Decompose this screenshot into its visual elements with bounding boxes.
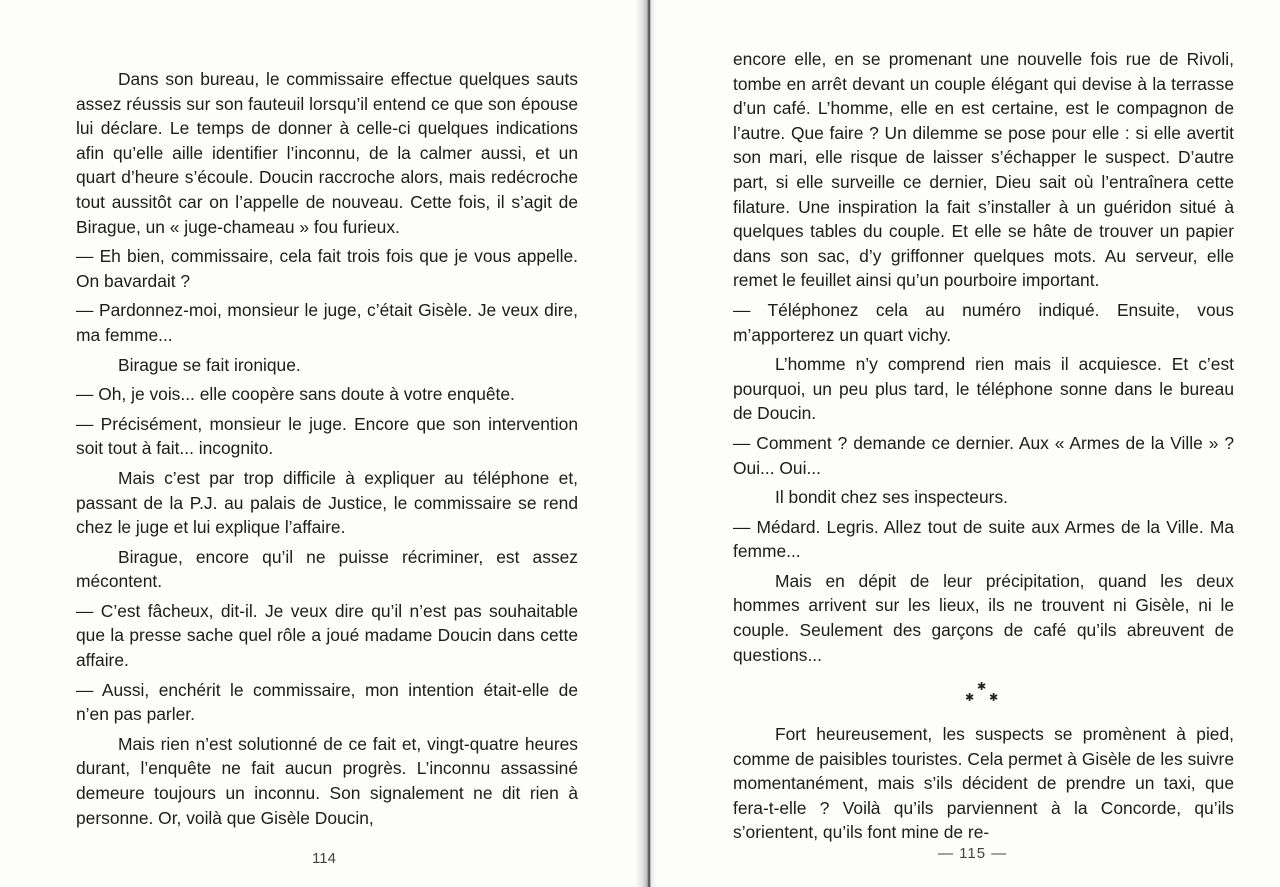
dialogue-line: — Oh, je vois... elle coopère sans doute… [76,382,578,407]
paragraph: Birague, encore qu’il ne puisse récrimin… [76,545,578,594]
dialogue-line: — Eh bien, commissaire, cela fait trois … [76,244,578,293]
asterisk-icon: ✱ [965,691,974,704]
right-page-text-after-break: Fort heureusement, les suspects se promè… [733,722,1234,845]
dialogue-line: — Téléphonez cela au numéro indiqué. Ens… [733,298,1234,347]
asterisk-icon: ✱ [989,691,998,704]
paragraph: L’homme n’y comprend rien mais il acquie… [733,352,1234,426]
paragraph: Mais rien n’est solutionné de ce fait et… [76,732,578,830]
paragraph: Birague se fait ironique. [76,353,578,378]
dialogue-line: — C’est fâcheux, dit-il. Je veux dire qu… [76,599,578,673]
page-number-right: — 115 — [938,845,1007,862]
section-break-asterism: ✱ ✱ ✱ [965,680,999,704]
left-page-text: Dans son bureau, le commissaire effectue… [76,67,578,830]
right-page-text: encore elle, en se promenant une nouvell… [733,47,1234,667]
asterisk-icon: ✱ [977,680,986,693]
paragraph: Mais en dépit de leur précipitation, qua… [733,569,1234,667]
page-number-left: 114 [312,850,336,867]
dialogue-line: — Comment ? demande ce dernier. Aux « Ar… [733,431,1234,480]
dialogue-line: — Aussi, enchérit le commissaire, mon in… [76,678,578,727]
paragraph: Fort heureusement, les suspects se promè… [733,722,1234,845]
dialogue-line: — Pardonnez-moi, monsieur le juge, c’éta… [76,298,578,347]
dialogue-line: — Médard. Legris. Allez tout de suite au… [733,515,1234,564]
paragraph: encore elle, en se promenant une nouvell… [733,47,1234,293]
dialogue-line: — Précisément, monsieur le juge. Encore … [76,412,578,461]
paragraph: Mais c’est par trop difficile à explique… [76,466,578,540]
book-gutter [636,0,656,887]
paragraph: Il bondit chez ses inspecteurs. [733,485,1234,510]
paragraph: Dans son bureau, le commissaire effectue… [76,67,578,239]
